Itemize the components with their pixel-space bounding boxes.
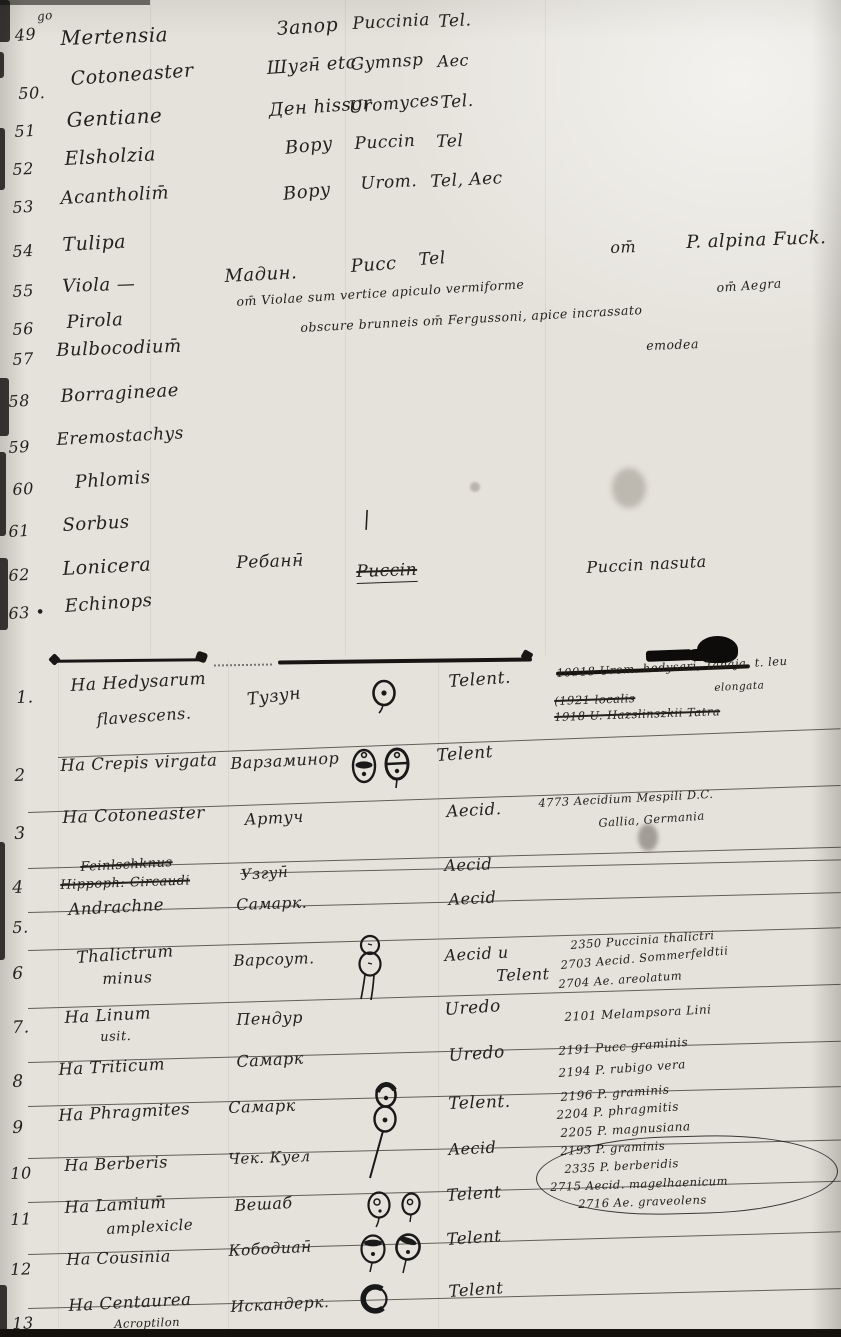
location: Варзаминор [230,748,340,773]
host-plant: На Crepis virgata [60,751,218,775]
host-plant: На Lamium̄ [64,1193,167,1217]
location: Варсоут. [233,949,315,970]
row-number: 5. [12,917,29,937]
plant-name: Echinops [64,590,153,617]
row-number: 10 [10,1163,32,1183]
marginal-note: obscure brunneis om̄ Fergussoni, apice i… [300,302,643,335]
paper-stain [470,482,480,492]
fungus-note: P. alpina Fuck. [686,227,827,253]
location: Кободиан̄ [228,1238,312,1260]
spore-stage: Telent [446,1182,502,1205]
location: Вору [282,179,332,205]
divider-stroke [55,658,205,663]
host-plant: На Phragmites [58,1099,191,1125]
scan-edge-mark [0,558,8,630]
divider-endpoint [195,650,209,663]
spore-stage: Telent [496,964,550,985]
teliospore-long-stalk-icon [362,1082,406,1186]
spore-stage: Uredo [444,996,501,1020]
plant-name: Cotoneaster [70,59,194,90]
marginal-note: emodea [646,336,699,353]
location: Самарк. [236,894,307,914]
spore-stage: Aecid и [444,943,509,965]
row-number: 11 [10,1209,32,1229]
scan-edge-mark [0,1285,7,1335]
ruled-line [240,859,841,874]
scan-edge-mark [0,0,10,42]
scan-edge-mark [0,0,150,5]
fungus-genus: Pucc [350,253,397,277]
row-number: 3 [14,824,26,844]
fungus-genus: Puccin [354,131,416,154]
teliospore-stalked-icon [350,934,390,1010]
spore-stage: Telent. [448,1092,511,1114]
divider-dots [214,663,272,666]
teliospore-pair-icon [348,744,418,798]
row-number: 8 [12,1072,24,1092]
plant-name: Bulbocodium̄ [56,336,182,361]
spore-stage: Tel. [438,10,472,32]
row-number: 50. [18,83,46,103]
ref-note: 2191 Pucc graminis [558,1035,689,1058]
row-number: 7. [12,1017,30,1038]
row-number: 6 [12,964,24,984]
host-plant: Thalictrum [76,941,174,967]
column-guide-line [545,0,546,655]
location: Тузун [246,683,302,709]
row-number: 49 [14,24,37,45]
host-plant-struck: Hippoph: Circaudi [60,873,190,893]
row-number: 56 [12,319,34,339]
ref-note: 2704 Ae. areolatum [558,968,683,991]
host-plant-species: flavescens. [96,703,192,729]
ref-note: 4773 Aecidium Mespili D.C. [538,787,714,810]
host-plant: На Cousinia [66,1246,171,1269]
location: Вешаб [234,1193,293,1215]
host-plant: На Cotoneaster [62,803,205,828]
ref-note: 2194 P. rubigo vera [558,1057,686,1080]
teliospore-pair-capped-icon [356,1230,428,1282]
row-number: 63 • [8,602,46,623]
row-number: 62 [8,565,30,585]
row-number: 53 [12,197,34,217]
ref-note: 1918 U. Hazslinszkii Tatra [554,704,720,724]
marginal-note: om̄ Aegra [716,275,782,295]
location: Искандерк. [230,1293,330,1316]
plant-name: Borragineae [60,380,179,407]
spore-stage: Tel, Aec [430,168,503,192]
plant-name: Tulipa [62,231,127,256]
spore-stage: Telent [436,742,494,766]
fungus-genus-struck: Puccin [356,560,418,584]
row-number: 52 [12,159,34,179]
row-number: 1. [16,687,34,708]
paper-stain [612,468,646,508]
teliospore-single-icon [368,678,402,722]
row-number: 12 [10,1259,32,1279]
fungus-genus: Gymnsp [350,50,424,75]
location: Узгун̄ [240,863,289,884]
row-number: 9 [12,1118,24,1138]
host-plant: На Berberis [64,1152,168,1175]
spore-stage: Tel [436,131,464,152]
column-guide-line [58,660,59,1337]
plant-name: Lonicera [62,553,152,580]
row-number: 4 [12,878,24,898]
plant-name: Mertensia [60,22,168,50]
host-plant-species: usit. [100,1029,132,1045]
teliospore-pair-dots-icon [364,1188,430,1236]
spore-stage: Aecid. [446,799,502,821]
scan-edge-mark [0,52,4,78]
scanned-notebook-page: 49goMertensiaЗапорPucciniaTel.50.Cotonea… [0,0,841,1337]
row-number-suffix: go [36,8,54,24]
host-plant: Andrachne [68,895,164,919]
scan-edge-mark [0,128,5,190]
location: Мадин. [224,262,298,287]
location: Шугн̄ etc [266,52,357,79]
plant-name: Eremostachys [56,423,184,450]
host-plant-struck: Feinlschknus [80,855,173,875]
spore-stage: Aecid [444,854,492,875]
host-plant: На Centaurea [68,1290,192,1315]
row-number: 51 [14,121,36,141]
host-plant-species: minus [102,968,153,988]
plant-name: Sorbus [62,511,130,535]
paper-stain [638,824,658,851]
scan-edge-mark [0,452,6,536]
row-number: 55 [12,281,34,301]
scan-edge-bottom [0,1329,841,1337]
fungus-genus: Urom. [360,171,418,194]
spore-stage: Telent [446,1226,502,1249]
host-plant: На Linum [64,1003,151,1027]
row-number: 59 [8,437,30,457]
spore-stage: Tel. [440,91,474,113]
spore-stage: Aecid [448,887,497,908]
scan-edge-mark [0,842,5,960]
abbreviation-note: om̄ [610,237,636,257]
divider-stroke [278,657,532,664]
plant-name: Elsholzia [64,143,156,170]
ref-note: elongata [714,679,765,694]
teliospore-crescent-icon [358,1282,394,1322]
row-number: 61 [8,521,30,541]
location: Ребанн̄ [236,551,304,573]
scan-edge-mark [0,378,9,436]
location: Пендур [236,1008,303,1029]
location: Вору [284,133,334,159]
tick-mark: | [363,506,371,530]
row-number: 54 [12,241,34,261]
spore-stage: Telent. [448,668,512,692]
plant-name: Gentiane [66,103,163,132]
host-plant: На Hedysarum [70,669,207,696]
row-number: 58 [8,391,30,411]
plant-name: Phlomis [74,467,151,493]
column-guide-line [228,660,229,1337]
plant-name: Viola — [62,273,136,297]
fungus-genus: Puccinia [352,10,430,34]
ref-note: 2101 Melampsora Lini [564,1002,712,1024]
host-plant-species: amplexicle [106,1215,194,1238]
plant-name: Acantholim̄ [60,182,170,209]
row-number: 57 [12,349,34,369]
location: Самарк [236,1048,304,1071]
ref-note: (1921 localis [554,691,636,708]
spore-stage: Telent [448,1278,504,1301]
location: Запор [276,14,339,40]
location: Чек. Куел [228,1147,311,1168]
spore-stage: Aec [437,50,469,71]
location: Артуч [244,807,304,829]
fungus-note: Puccin nasuta [586,552,707,577]
spore-stage: Tel [418,248,446,270]
host-plant: На Triticum [58,1054,165,1079]
row-number: 60 [12,479,34,499]
spore-stage: Aecid [448,1137,497,1158]
spore-stage: Uredo [448,1042,505,1066]
location: Самарк [228,1096,296,1117]
row-number: 2 [14,766,26,786]
plant-name: Pirola [66,309,124,333]
